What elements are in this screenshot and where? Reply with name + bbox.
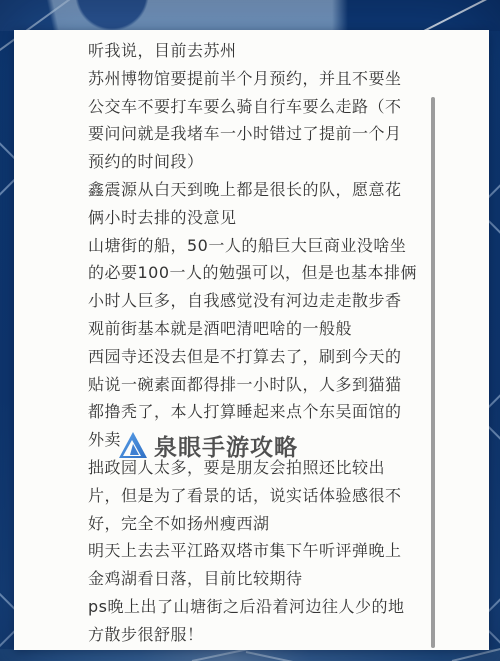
text-line: 贴说一碗素面都得排一小时队，人多到猫猫 xyxy=(88,371,440,399)
diagonal-line xyxy=(246,651,307,661)
text-line: 好，完全不如扬州瘦西湖 xyxy=(88,510,440,538)
text-line: 小时人巨多，自我感觉没有河边走走散步香 xyxy=(88,287,440,315)
text-line: 方散步很舒服！ xyxy=(88,621,440,649)
text-line: 山塘街的船，50一人的船巨大巨商业没啥坐 xyxy=(88,232,440,260)
text-line: 要问问就是我堵车一小时错过了提前一个月 xyxy=(88,120,440,148)
text-line: 预约的时间段） xyxy=(88,148,440,176)
text-line: 都撸秃了，本人打算睡起来点个东吴面馆的 xyxy=(88,398,440,426)
watermark-text: 泉眼手游攻略 xyxy=(154,429,298,462)
watermark: 泉眼手游攻略 xyxy=(118,429,298,461)
triangle-mountain-logo-icon xyxy=(118,431,148,459)
text-line: ps晚上出了山塘街之后沿着河边往人少的地 xyxy=(88,593,440,621)
text-line: 鑫震源从白天到晚上都是很长的队，愿意花 xyxy=(88,176,440,204)
scrollbar[interactable] xyxy=(431,97,435,648)
background-top-strip xyxy=(0,0,500,31)
post-screenshot: 听我说，目前去苏州苏州博物馆要提前半个月预约，并且不要坐公交车不要打车要么骑自行… xyxy=(0,0,500,661)
diagonal-line xyxy=(420,0,500,34)
text-line: 金鸡湖看日落，目前比较期待 xyxy=(88,565,440,593)
text-line: 俩小时去排的没意见 xyxy=(88,204,440,232)
background-bottom-strip xyxy=(0,649,500,661)
text-line: 听我说，目前去苏州 xyxy=(88,37,440,65)
text-line: 的必要100一人的勉强可以，但是也基本排俩 xyxy=(88,259,440,287)
text-line: 公交车不要打车要么骑自行车要么走路（不 xyxy=(88,93,440,121)
note-text: 听我说，目前去苏州苏州博物馆要提前半个月预约，并且不要坐公交车不要打车要么骑自行… xyxy=(88,37,440,649)
text-line: 西园寺还没去但是不打算去了，刷到今天的 xyxy=(88,343,440,371)
text-line: 苏州博物馆要提前半个月预约，并且不要坐 xyxy=(88,65,440,93)
text-line: 观前街基本就是酒吧清吧啥的一般般 xyxy=(88,315,440,343)
text-line: 明天上去去平江路双塔市集下午听评弹晚上 xyxy=(88,537,440,565)
note-card: 听我说，目前去苏州苏州博物馆要提前半个月预约，并且不要坐公交车不要打车要么骑自行… xyxy=(14,30,489,650)
text-line: 片，但是为了看景的话，说实话体验感很不 xyxy=(88,482,440,510)
